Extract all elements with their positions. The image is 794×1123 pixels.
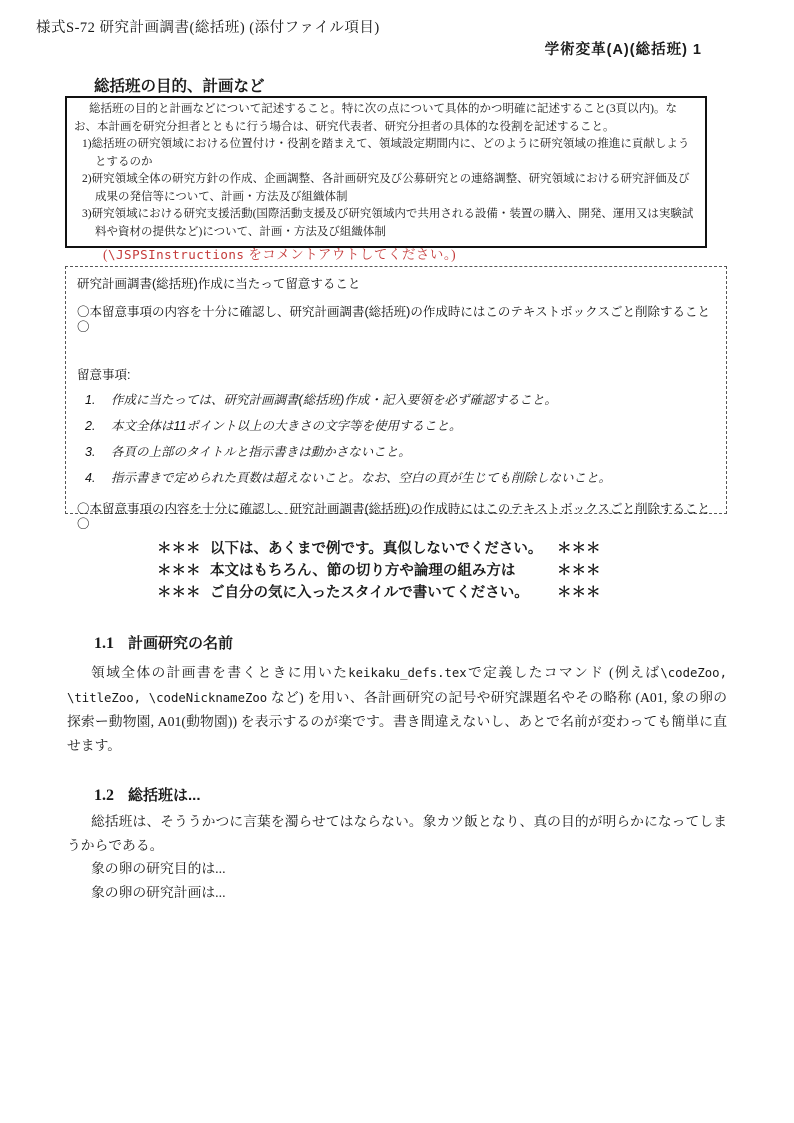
notice-item-number: 4. [85, 471, 111, 486]
paragraph-text: 象の卵の研究目的は... [67, 857, 727, 881]
notice-item-text: 指示書きで定められた頁数は超えないこと。なお、空白の頁が生じても削除しないこと。 [111, 471, 611, 486]
notice-delete-note-bottom: 〇本留意事項の内容を十分に確認し、研究計画調書(総括班)の作成時にはこのテキスト… [77, 502, 715, 532]
latex-filename: keikaku_defs.tex [348, 666, 466, 680]
section-1-1-heading: 1.1計画研究の名前 [94, 632, 233, 653]
objective-item: 2)研究領域全体の研究方針の作成、企画調整、各計画研究及び公募研究との連絡調整、… [82, 171, 698, 206]
example-banner-row: ＊＊＊ ご自分の気に入ったスタイルで書いてください。 ＊＊＊ [157, 582, 601, 604]
notice-title: 研究計画調書(総括班)作成に当たって留意すること [77, 277, 715, 292]
section-title: 総括班は... [128, 787, 201, 804]
asterisks-right: ＊＊＊ [557, 560, 601, 582]
document-page: 様式S-72 研究計画調書(総括班) (添付ファイル項目) 学術変革(A)(総括… [0, 0, 794, 1123]
notice-item: 4.指示書きで定められた頁数は超えないこと。なお、空白の頁が生じても削除しないこ… [85, 471, 715, 486]
notice-item-text: 本文全体は11ポイント以上の大きさの文字等を使用すること。 [111, 419, 461, 434]
banner-row-text: 以下は、あくまで例です。真似しないでください。 [210, 538, 557, 560]
notice-item: 2.本文全体は11ポイント以上の大きさの文字等を使用すること。 [85, 419, 715, 434]
example-banner-row: ＊＊＊ 以下は、あくまで例です。真似しないでください。 ＊＊＊ [157, 538, 601, 560]
objective-instruction-box: 総括班の目的と計画などについて記述すること。特に次の点について具体的かつ明確に記… [65, 96, 707, 248]
paragraph-text: 象の卵の研究計画は... [67, 881, 727, 905]
section-1-1-paragraph: 領域全体の計画書を書くときに用いたkeikaku_defs.texで定義したコマ… [67, 661, 727, 757]
asterisks-left: ＊＊＊ [157, 582, 210, 604]
objective-item: 1)総括班の研究領域における位置付け・役割を踏まえて、領域設定期間内に、どのよう… [82, 136, 698, 171]
section-number: 1.2 [94, 787, 114, 804]
notice-item: 3.各頁の上部のタイトルと指示書きは動かさないこと。 [85, 445, 715, 460]
section-number: 1.1 [94, 635, 114, 652]
notice-delete-note-top: 〇本留意事項の内容を十分に確認し、研究計画調書(総括班)の作成時にはこのテキスト… [77, 305, 715, 335]
banner-row-text: ご自分の気に入ったスタイルで書いてください。 [210, 582, 557, 604]
notice-textbox: 研究計画調書(総括班)作成に当たって留意すること 〇本留意事項の内容を十分に確認… [65, 266, 727, 514]
form-number-label: 様式S-72 研究計画調書(総括班) (添付ファイル項目) [36, 16, 380, 37]
notice-item-list: 1.作成に当たっては、研究計画調書(総括班)作成・記入要領を必ず確認すること。 … [77, 393, 715, 486]
objective-intro: 総括班の目的と計画などについて記述すること。特に次の点について具体的かつ明確に記… [74, 101, 698, 136]
asterisks-left: ＊＊＊ [157, 538, 210, 560]
example-banner-row: ＊＊＊ 本文はもちろん、節の切り方や論理の組み方は ＊＊＊ [157, 560, 601, 582]
section-title: 計画研究の名前 [128, 635, 233, 652]
notice-item: 1.作成に当たっては、研究計画調書(総括班)作成・記入要領を必ず確認すること。 [85, 393, 715, 408]
banner-row-text: 本文はもちろん、節の切り方や論理の組み方は [210, 560, 557, 582]
example-banner: ＊＊＊ 以下は、あくまで例です。真似しないでください。 ＊＊＊ ＊＊＊ 本文はも… [157, 538, 601, 604]
paragraph-text: 領域全体の計画書を書くときに用いたkeikaku_defs.texで定義したコマ… [67, 661, 727, 757]
objective-item: 3)研究領域における研究支援活動(国際活動支援及び研究領域内で共用される設備・装… [82, 206, 698, 241]
objective-item-list: 1)総括班の研究領域における位置付け・役割を踏まえて、領域設定期間内に、どのよう… [74, 136, 698, 241]
asterisks-left: ＊＊＊ [157, 560, 210, 582]
asterisks-right: ＊＊＊ [557, 538, 601, 560]
text-run: で定義したコマンド (例えば [467, 665, 661, 680]
asterisks-right: ＊＊＊ [557, 582, 601, 604]
section-1-2-paragraph: 総括班は、そううかつに言葉を濁らせてはならない。象カツ飯となり、真の目的が明らか… [67, 810, 727, 904]
section-1-2-heading: 1.2総括班は... [94, 784, 201, 805]
notice-item-text: 各頁の上部のタイトルと指示書きは動かさないこと。 [111, 445, 411, 460]
latex-command-text: \JSPSInstructions [108, 247, 244, 262]
notice-item-number: 3. [85, 445, 111, 460]
page-header-category: 学術変革(A)(総括班) 1 [545, 38, 702, 59]
objective-heading: 総括班の目的、計画など [94, 74, 265, 96]
notice-item-number: 2. [85, 419, 111, 434]
notice-items-label: 留意事項: [77, 368, 715, 383]
notice-item-number: 1. [85, 393, 111, 408]
red-note-trailing-text: をコメントアウトしてください。) [244, 247, 456, 262]
jsps-comment-instruction: (\JSPSInstructions をコメントアウトしてください。) [103, 243, 456, 263]
paragraph-text: 総括班は、そううかつに言葉を濁らせてはならない。象カツ飯となり、真の目的が明らか… [67, 810, 727, 857]
notice-item-text: 作成に当たっては、研究計画調書(総括班)作成・記入要領を必ず確認すること。 [111, 393, 557, 408]
text-run: 領域全体の計画書を書くときに用いた [91, 665, 348, 680]
